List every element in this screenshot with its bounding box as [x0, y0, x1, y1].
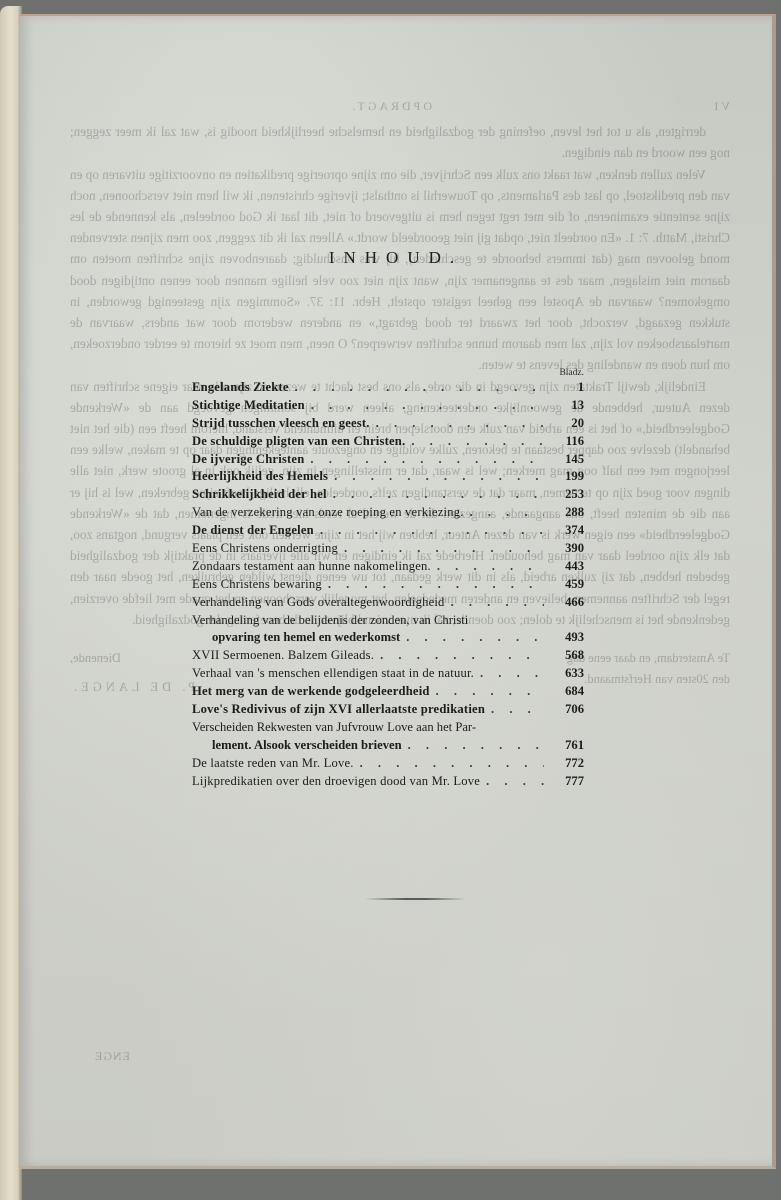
toc-entry-title: De schuldige pligten van een Christen.	[192, 433, 405, 451]
toc-entry-page: 199	[550, 468, 584, 486]
toc-entry-title: Engelands Ziekte	[192, 379, 289, 397]
toc-entry-title-line1: Verhandeling van de belijdenis der zonde…	[192, 612, 584, 630]
dot-leader: . . . . . . . . . . . . . . . . . . . . …	[480, 665, 544, 683]
toc-entry-page: 761	[550, 737, 584, 755]
dot-leader: . . . . . . . . . . . . . . . . . . . . …	[470, 504, 544, 522]
toc-entry: Zondaars testament aan hunne nakomelinge…	[192, 558, 584, 576]
dot-leader: . . . . . . . . . . . . . . . . . . . . …	[411, 433, 544, 451]
dot-leader: . . . . . . . . . . . . . . . . . . . . …	[344, 540, 544, 558]
dot-leader: . . . . . . . . . . . . . . . . . . . . …	[334, 468, 544, 486]
toc-entry-page: 684	[550, 683, 584, 701]
toc-entry: Love's Redivivus of zijn XVI allerlaatst…	[192, 701, 584, 719]
decorative-rule-ornament	[365, 896, 465, 902]
toc-entry-title: Schrikkelijkheid der hel	[192, 486, 327, 504]
toc-entry: Eens Christens bewaring . . . . . . . . …	[192, 576, 584, 594]
toc-entry: De ijverige Christen . . . . . . . . . .…	[192, 451, 584, 469]
toc-entry: Stichtige Meditatien . . . . . . . . . .…	[192, 397, 584, 415]
toc-entry-page: 777	[550, 773, 584, 791]
dot-leader: . . . . . . . . . . . . . . . . . . . . …	[310, 451, 544, 469]
toc-entry-title: Van de verzekering van onze roeping en v…	[192, 504, 464, 522]
toc-entry-title: Stichtige Meditatien	[192, 397, 305, 415]
table-of-contents: Bladz. Engelands Ziekte . . . . . . . . …	[192, 368, 584, 790]
adjacent-page-edge	[0, 6, 22, 1200]
toc-entry: Eens Christens onderrigting . . . . . . …	[192, 540, 584, 558]
toc-entry-title: Lijkpredikatien over den droevigen dood …	[192, 773, 480, 791]
page-title: INHOUD.	[20, 248, 772, 268]
dot-leader: . . . . . . . . . . . . . . . . . . . . …	[380, 647, 544, 665]
toc-entry: Verhandeling van de belijdenis der zonde…	[192, 612, 584, 648]
toc-entry-page: 13	[550, 397, 584, 415]
toc-entry: De laatste reden van Mr. Love. . . . . .…	[192, 755, 584, 773]
dot-leader: . . . . . . . . . . . . . . . . . . . . …	[360, 755, 544, 773]
toc-entry: XVII Sermoenen. Balzem Gileads. . . . . …	[192, 647, 584, 665]
toc-entry-title: Het merg van de werkende godgeleerdheid	[192, 683, 430, 701]
toc-entry: De schuldige pligten van een Christen. .…	[192, 433, 584, 451]
dot-leader: . . . . . . . . . . . . . . . . . . . . …	[486, 773, 544, 791]
toc-entry-page: 706	[550, 701, 584, 719]
dot-leader: . . . . . . . . . . . . . . . . . . . . …	[320, 522, 544, 540]
book-page: VI OPDRAGT. derrigten, als u tot het lev…	[20, 14, 776, 1169]
toc-entry: De dienst der Engelen . . . . . . . . . …	[192, 522, 584, 540]
toc-entry-page: 20	[550, 415, 584, 433]
toc-entry-title-line1: Verscheiden Rekwesten van Jufvrouw Love …	[192, 719, 584, 737]
toc-entry-title-line2: opvaring ten hemel en wederkomst	[212, 629, 400, 647]
toc-entry-title: Eens Christens onderrigting	[192, 540, 338, 558]
toc-entry-title: Verhandeling van Gods overaltegenwoordig…	[192, 594, 445, 612]
toc-entry: Heerlijkheid des Hemels . . . . . . . . …	[192, 468, 584, 486]
show-through-signature-name: P. DE LANGE.	[70, 677, 195, 698]
toc-entry: Het merg van de werkende godgeleerdheid …	[192, 683, 584, 701]
toc-entry: Lijkpredikatien over den droevigen dood …	[192, 773, 584, 791]
toc-entry-title-line2: lement. Alsook verscheiden brieven	[212, 737, 402, 755]
show-through-date: den 20sten van Herfstmaand.	[567, 669, 730, 690]
dot-leader: . . . . . . . . . . . . . . . . . . . . …	[311, 397, 544, 415]
toc-entry-title: Love's Redivivus of zijn XVI allerlaatst…	[192, 701, 485, 719]
show-through-paragraph: Velen zullen denken, wat raakt ons zulk …	[70, 164, 730, 376]
toc-entry-page: 459	[550, 576, 584, 594]
toc-entry-page: 443	[550, 558, 584, 576]
dot-leader: . . . . . . . . . . . . . . . . . . . . …	[328, 576, 544, 594]
toc-entry: Verhaal van 's menschen ellendigen staat…	[192, 665, 584, 683]
dot-leader: . . . . . . . . . . . . . . . . . . . . …	[376, 415, 544, 433]
toc-entry-title: Zondaars testament aan hunne nakomelinge…	[192, 558, 431, 576]
toc-entry-page: 493	[550, 629, 584, 647]
toc-entry-title: Eens Christens bewaring	[192, 576, 322, 594]
toc-entry-page: 1	[550, 379, 584, 397]
toc-entry-title: Heerlijkheid des Hemels	[192, 468, 328, 486]
page-column-header: Bladz.	[192, 368, 584, 378]
toc-entry: Engelands Ziekte . . . . . . . . . . . .…	[192, 379, 584, 397]
dot-leader: . . . . . . . . . . . . . . . . . . . . …	[436, 683, 544, 701]
toc-entry: Van de verzekering van onze roeping en v…	[192, 504, 584, 522]
show-through-place: Te Amsterdam, en daar eene dag	[567, 648, 730, 669]
toc-entry-page: 568	[550, 647, 584, 665]
dot-leader: . . . . . . . . . . . . . . . . . . . . …	[333, 486, 544, 504]
toc-entry-page: 253	[550, 486, 584, 504]
toc-entry-page: 145	[550, 451, 584, 469]
toc-entry: Verscheiden Rekwesten van Jufvrouw Love …	[192, 719, 584, 755]
dot-leader: . . . . . . . . . . . . . . . . . . . . …	[451, 594, 544, 612]
show-through-footer: ENGE	[94, 1046, 130, 1067]
toc-entry-page: 633	[550, 665, 584, 683]
toc-entry: Schrikkelijkheid der hel . . . . . . . .…	[192, 486, 584, 504]
toc-entry: Strijd tusschen vleesch en geest. . . . …	[192, 415, 584, 433]
dot-leader: . . . . . . . . . . . . . . . . . . . . …	[406, 629, 544, 647]
show-through-page-number: VI	[711, 96, 730, 117]
toc-entry-page: 772	[550, 755, 584, 773]
show-through-paragraph: derrigten, als u tot het leven, oefening…	[70, 121, 730, 163]
dot-leader: . . . . . . . . . . . . . . . . . . . . …	[295, 379, 544, 397]
show-through-header: VI OPDRAGT.	[70, 96, 730, 117]
show-through-heading: OPDRAGT.	[349, 96, 432, 117]
toc-entry-title: XVII Sermoenen. Balzem Gileads.	[192, 647, 374, 665]
toc-entry-page: 466	[550, 594, 584, 612]
show-through-signature-role: Dienende,	[70, 648, 195, 669]
dot-leader: . . . . . . . . . . . . . . . . . . . . …	[491, 701, 544, 719]
toc-entry-title: De dienst der Engelen	[192, 522, 314, 540]
dot-leader: . . . . . . . . . . . . . . . . . . . . …	[408, 737, 544, 755]
toc-entry: Verhandeling van Gods overaltegenwoordig…	[192, 594, 584, 612]
toc-entry-title: Verhaal van 's menschen ellendigen staat…	[192, 665, 474, 683]
dot-leader: . . . . . . . . . . . . . . . . . . . . …	[437, 558, 544, 576]
toc-entry-title: Strijd tusschen vleesch en geest.	[192, 415, 370, 433]
toc-entry-page: 116	[550, 433, 584, 451]
toc-entry-page: 390	[550, 540, 584, 558]
toc-entry-page: 374	[550, 522, 584, 540]
toc-entry-title: De laatste reden van Mr. Love.	[192, 755, 354, 773]
toc-entry-title: De ijverige Christen	[192, 451, 304, 469]
toc-entry-page: 288	[550, 504, 584, 522]
